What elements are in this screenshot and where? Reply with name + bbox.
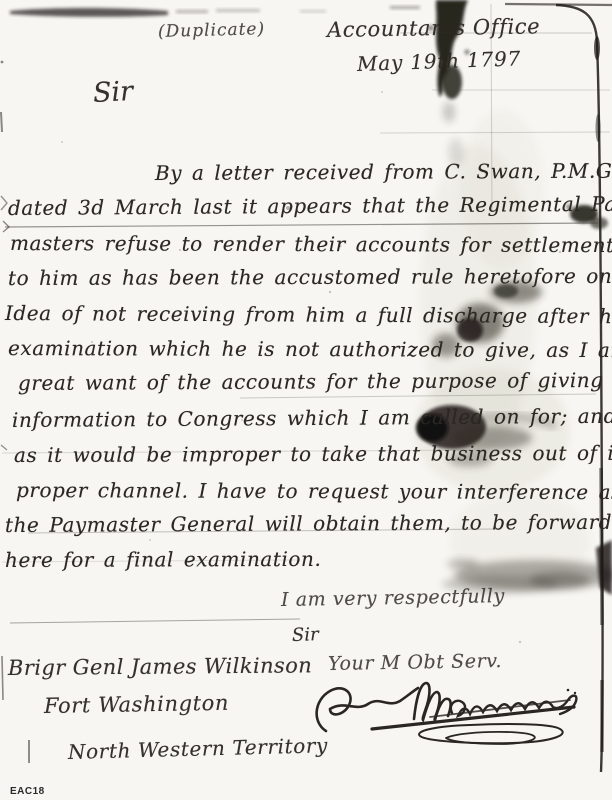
body-line: to him as has been the accustomed rule h… [8, 266, 612, 288]
body-line: proper channel. I have to request your i… [16, 480, 612, 502]
top-edge-smear [10, 6, 420, 17]
recipient-name: Brigr Genl James Wilkinson [8, 655, 312, 679]
scan-artifacts-layer [0, 0, 612, 800]
closing-respectfully: I am very respectfully [281, 587, 505, 610]
catalog-label: EAC18 [10, 786, 45, 797]
office-heading: Accountants Office [327, 16, 541, 41]
body-line: great want of the accounts for the purpo… [18, 370, 604, 393]
date-line: May 19th 1797 [357, 48, 522, 74]
body-line: By a letter received from C. Swan, P.M.G… [155, 161, 612, 183]
letter-scan-page: (Duplicate) Accountants Office May 19th … [0, 0, 612, 800]
signature-layer [0, 0, 612, 800]
recipient-location: Fort Washington [44, 693, 229, 717]
body-line: dated 3d March last it appears that the … [8, 194, 612, 218]
body-line: masters refuse to render their accounts … [10, 233, 612, 255]
duplicate-annotation: (Duplicate) [158, 21, 266, 41]
body-line: Idea of not receiving from him a full di… [5, 303, 612, 326]
body-line: as it would be improper to take that bus… [14, 443, 612, 465]
valediction: Your M Obt Serv. [328, 652, 502, 674]
closing-sir: Sir [292, 626, 319, 645]
signature-flourish [317, 683, 577, 744]
body-line: examination which he is not authorized t… [8, 338, 612, 360]
salutation: Sir [92, 78, 133, 107]
body-line: here for a final examination. [5, 549, 321, 570]
body-line: the Paymaster General will obtain them, … [5, 512, 612, 535]
recipient-territory: North Western Territory [68, 735, 328, 762]
body-line: information to Congress which I am calle… [12, 406, 612, 430]
